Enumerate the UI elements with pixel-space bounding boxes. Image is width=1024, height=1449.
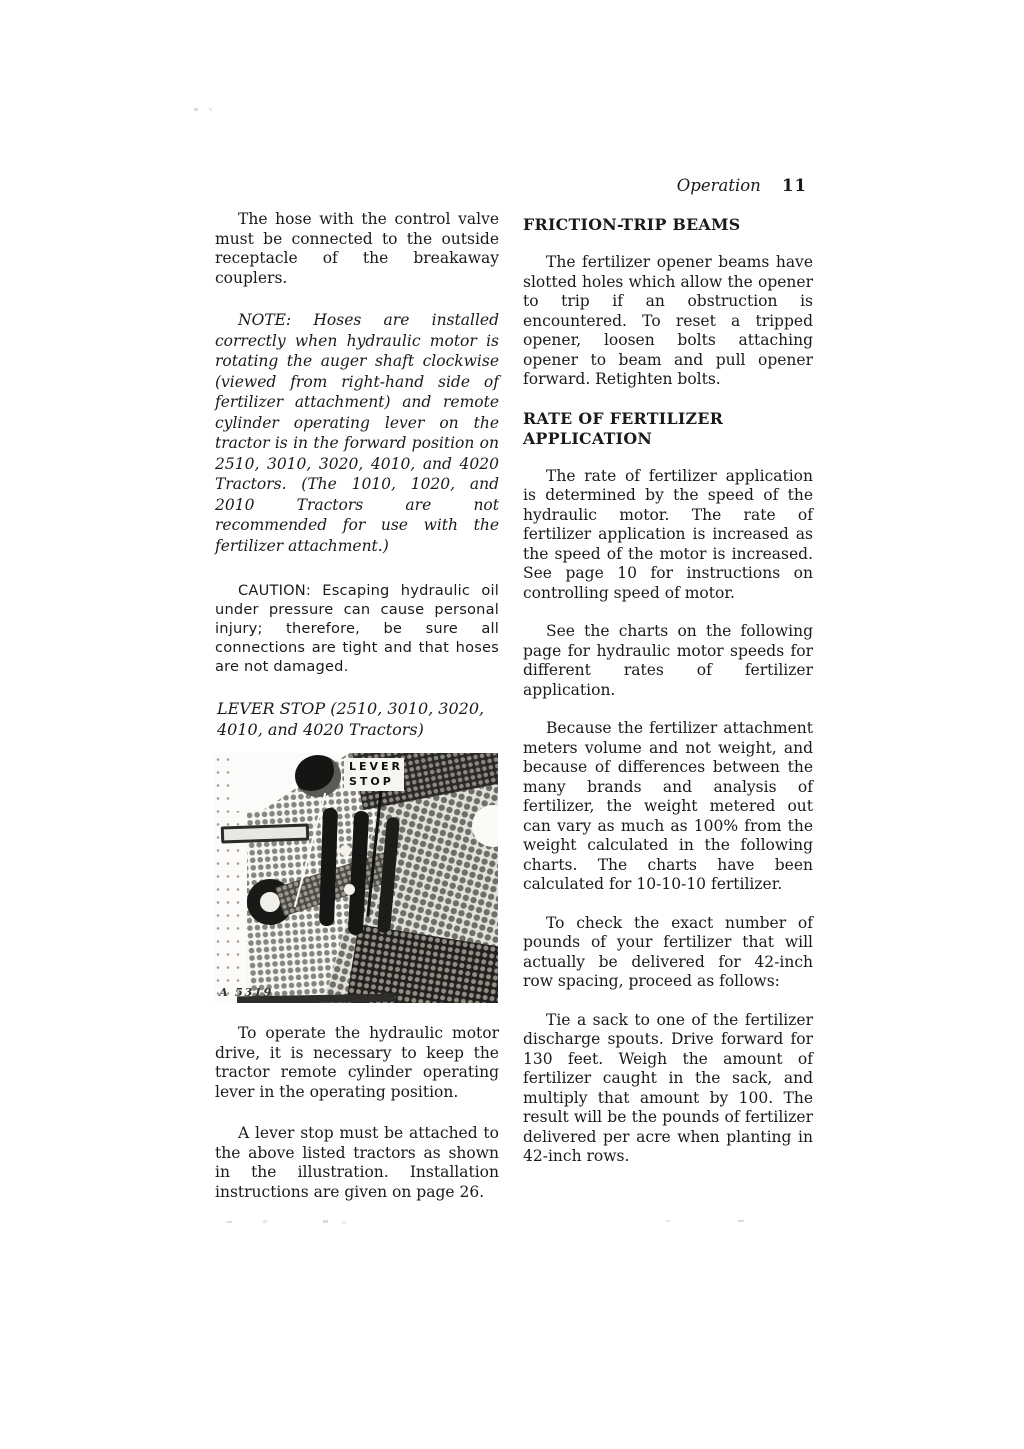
paragraph-friction-trip: The fertilizer opener beams have slotted… (523, 253, 813, 390)
bolt-hole (340, 845, 351, 856)
friction-trip-beams-heading: FRICTION-TRIP BEAMS (523, 215, 813, 235)
figure-lever-stop-photo: LEVER STOP A 5319 (213, 753, 498, 1003)
scan-speck (342, 1221, 346, 1224)
bolt-hole (344, 884, 355, 895)
lever-stop-callout-label: LEVER STOP (344, 758, 404, 791)
paragraph-meters-volume: Because the fertilizer attachment meters… (523, 719, 813, 895)
photo-id-label: A 5319 (219, 985, 273, 999)
bolt-head-shape (295, 755, 341, 797)
paragraph-see-charts: See the charts on the following page for… (523, 622, 813, 700)
manual-page: Operation 11 The hose with the control v… (0, 0, 1024, 1449)
paragraph-operate-motor: To operate the hydraulic motor drive, it… (215, 1024, 499, 1102)
running-header-section-title: Operation (677, 176, 761, 195)
paragraph-lever-stop-attach: A lever stop must be attached to the abo… (215, 1124, 499, 1202)
scan-speck (666, 1220, 670, 1222)
page-number: 11 (782, 176, 807, 195)
lever-stop-heading: LEVER STOP (2510, 3010, 3020, 4010, and … (217, 699, 499, 740)
scan-speck (738, 1220, 744, 1222)
rate-of-fertilizer-heading: RATE OF FERTILIZER APPLICATION (523, 409, 733, 449)
note-paragraph: NOTE: Hoses are installed correctly when… (215, 310, 499, 556)
caution-paragraph: CAUTION: Escaping hydraulic oil under pr… (215, 581, 499, 676)
paragraph-hose-connection: The hose with the control valve must be … (215, 210, 499, 288)
right-column: FRICTION-TRIP BEAMS The fertilizer opene… (523, 215, 813, 1186)
scan-speck (323, 1220, 328, 1223)
scan-speck (263, 1220, 267, 1223)
running-header: Operation 11 (523, 176, 807, 196)
scan-speck (194, 108, 198, 111)
left-column: The hose with the control valve must be … (215, 210, 499, 1224)
bracket-bar-shape (221, 823, 310, 843)
paragraph-rate-determined: The rate of fertilizer application is de… (523, 467, 813, 604)
paragraph-tie-sack: Tie a sack to one of the fertilizer disc… (523, 1011, 813, 1167)
paragraph-check-pounds: To check the exact number of pounds of y… (523, 914, 813, 992)
scan-speck (227, 1221, 232, 1223)
scan-speck (209, 108, 212, 111)
